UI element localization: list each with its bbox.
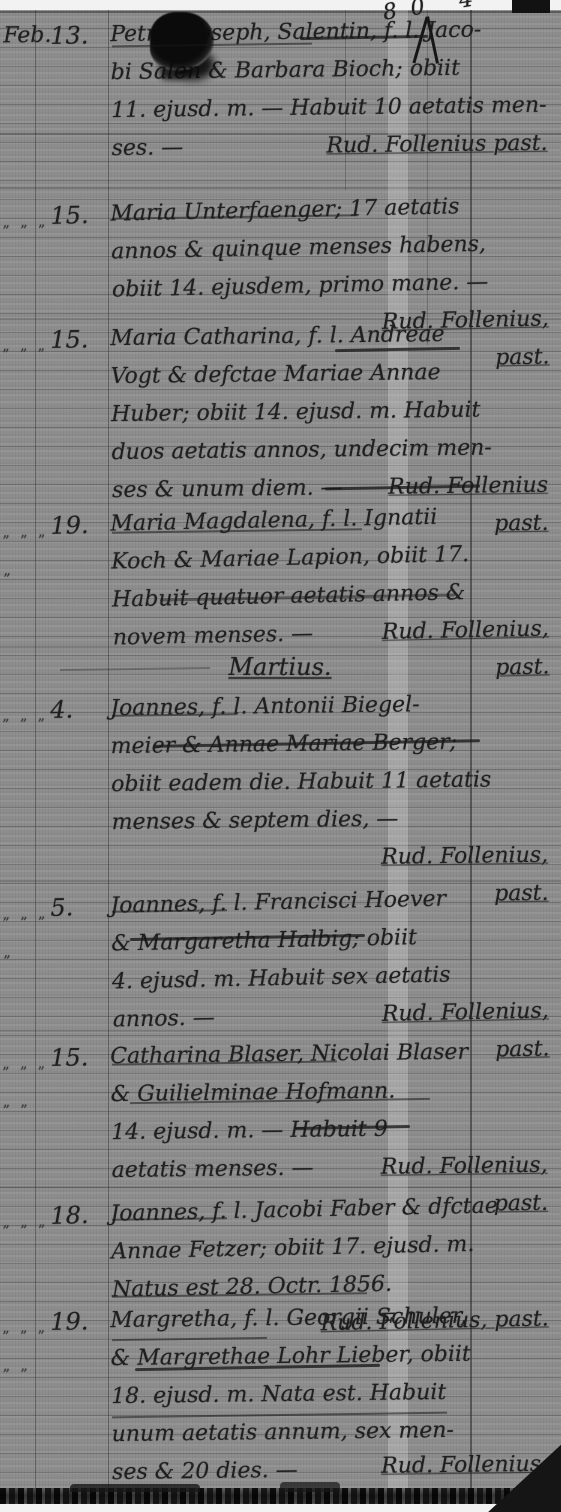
day-number: 5. [50,888,107,927]
margin-ditto-marks: „ „ „ [2,327,48,366]
scanned-register-page: 80 4 Feb. 13. Petrus Joseph, Salentin, f… [0,0,561,1512]
day-number: 19. [50,1302,106,1341]
entry-text: Maria Unterfaenger; 17 aetatis annos & q… [110,186,560,309]
margin-ditto-marks: „ „ „ [2,203,49,242]
scan-bottom-edge [0,1503,561,1512]
day-number: 15. [50,196,107,235]
margin-ditto-marks: „ „ „ „ [2,513,50,590]
margin-ditto-marks: „ „ „ [2,697,48,736]
day-number: 19. [50,506,107,545]
column-rule [108,10,109,1490]
entry-text: Joannes, f. l. Antonii Biegel- meier & A… [110,685,560,842]
margin-ditto-marks: „ „ „ [2,1203,49,1242]
month-label: Feb. [3,17,52,56]
margin-ditto-marks: „ „ „ „ [2,895,50,972]
day-number: 15. [50,320,106,359]
scan-smudge [70,1484,200,1492]
margin-ditto-marks: „ „ „ „ „ [2,1045,49,1122]
scan-smudge [280,1482,340,1492]
day-number: 4. [50,690,106,729]
entry-text: Joannes, f. l. Jacobi Faber & dfctae Ann… [110,1186,560,1309]
day-number: 18. [50,1196,107,1235]
margin-ditto-marks: „ „ „ „ „ [2,1309,49,1386]
day-number: 13. [50,16,106,55]
day-number: 15. [50,1038,106,1077]
crossed-out-mark [401,18,449,62]
